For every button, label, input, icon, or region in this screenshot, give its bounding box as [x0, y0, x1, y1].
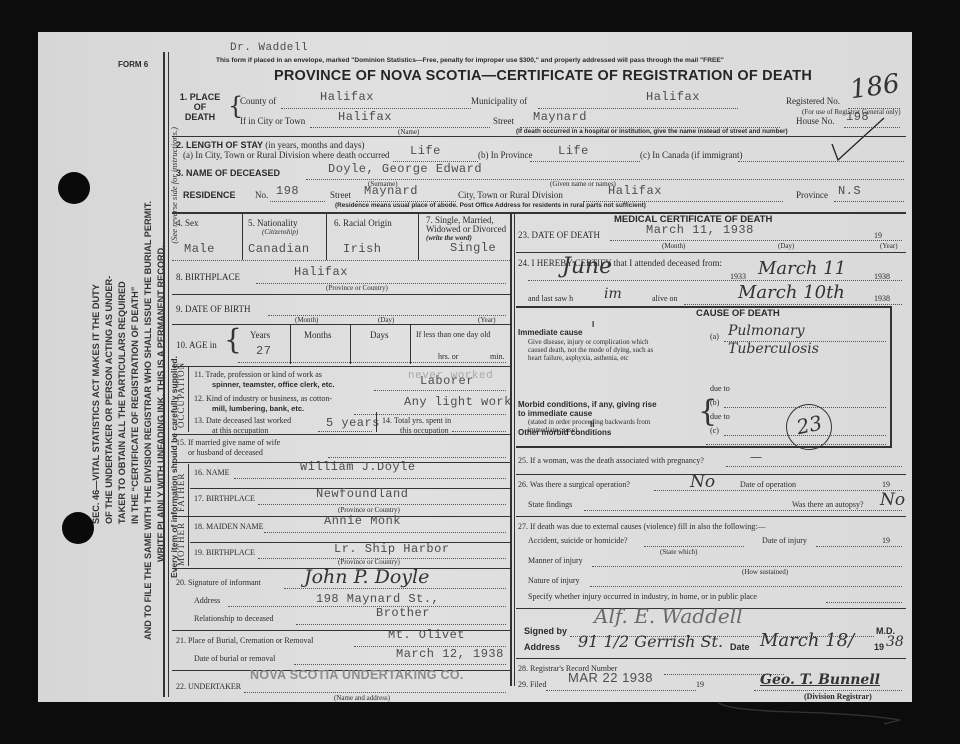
side-instruction-line: TAKER TO OBTAIN ALL THE PARTICULARS REQU… [116, 50, 129, 650]
burial-place: Mt. Olivet [388, 628, 465, 642]
stay-b-value: Life [558, 144, 589, 158]
residence-no-label: No. [255, 190, 268, 200]
specify-label: Specify whether injury occurred in indus… [528, 592, 757, 601]
q25-line [726, 466, 902, 467]
stay-b-label: (b) In Province [478, 150, 532, 160]
stay-a-label: (a) In City, Town or Rural Division wher… [183, 150, 390, 160]
cause-a-value: Pulmonary Tuberculosis [728, 322, 878, 358]
residence-label: RESIDENCE [183, 190, 236, 200]
birthplace-value: Halifax [294, 265, 348, 279]
q15-label-2: or husband of deceased [176, 448, 280, 458]
physician-address: 91 1/2 Gerrish St. [578, 632, 723, 651]
q26-year-prefix: 19 [882, 480, 890, 489]
column-divider [510, 214, 512, 686]
q15-label: 15. If married give name of wife or husb… [176, 438, 280, 458]
side-instruction-line: AND TO FILE THE SAME WITH THE DIVISION R… [142, 50, 155, 650]
attended-line [528, 280, 902, 281]
registered-no-value: 186 [848, 69, 901, 106]
city-label: If in City or Town [240, 116, 305, 126]
manner-sub: (How sustained) [742, 568, 788, 576]
age-years-label: Years [250, 330, 270, 340]
municipality-label: Municipality of [471, 96, 527, 106]
injury-date-label: Date of injury [762, 536, 807, 545]
divider [172, 434, 510, 435]
accident-label: Accident, suicide or homicide? [528, 536, 628, 545]
due-to-1: due to [710, 384, 730, 393]
box-divider [350, 324, 351, 364]
residence-no-line [270, 201, 325, 202]
nationality-sub: (Citizenship) [262, 228, 298, 236]
q22-label: 22. UNDERTAKER [176, 682, 241, 691]
q25-value: — [750, 450, 762, 464]
box-divider [410, 324, 411, 364]
q13-label: 13. Date deceased last worked at this oc… [194, 416, 291, 436]
marital-label-2: Widowed or Divorced [426, 225, 506, 234]
mother-maiden-name: Annie Monk [324, 514, 401, 528]
q11-label: 11. Trade, profession or kind of work as… [194, 370, 335, 390]
city-sub: (Name) [398, 128, 419, 136]
side-instruction-line: OF THE UNDERTAKER OR PERSON ACTING AS UN… [103, 50, 116, 650]
alive-on-label: alive on [652, 294, 678, 303]
registrar-flourish [714, 696, 904, 726]
attended-to: March 11 [758, 258, 846, 279]
q26-date-label: Date of operation [740, 480, 796, 489]
injury-year-prefix: 19 [882, 536, 890, 545]
cause-heading: CAUSE OF DEATH [696, 308, 780, 319]
q18-label: 18. MAIDEN NAME [194, 522, 264, 531]
side-instruction-line: WRITE PLAINLY WITH UNFADING INK. THIS IS… [155, 50, 168, 650]
informant-relationship: Brother [376, 606, 430, 620]
morbid-label: Morbid conditions, if any, giving rise t… [518, 400, 658, 418]
q23-year-prefix: 19 [874, 231, 882, 240]
box-divider [418, 212, 419, 260]
attended-to-year: 1938 [874, 272, 890, 281]
dob-day-sub: (Day) [378, 316, 394, 324]
deceased-label: 3. NAME OF DECEASED [176, 168, 280, 178]
q11-label-1: 11. Trade, profession or kind of work as [194, 370, 335, 380]
marital-label: 7. Single, Married, Widowed or Divorced … [426, 216, 506, 243]
stay-c-label: (c) In Canada (if immigrant) [640, 150, 742, 160]
attended-from: June [562, 254, 612, 279]
place-of-death-label: 1. PLACE OF DEATH [176, 92, 224, 122]
q14-label-1: 14. Total yrs. spent in [382, 416, 451, 426]
box-divider [242, 212, 243, 260]
divider [516, 658, 906, 659]
informant-address: 198 Maynard St., [316, 592, 439, 606]
findings-line [584, 510, 902, 511]
specify-line [826, 602, 902, 603]
q20-label: 20. Signature of informant [176, 578, 261, 587]
q12-label-2: mill, lumbering, bank, etc. [194, 404, 332, 414]
other-morbid-line [706, 444, 886, 445]
dob-month-sub: (Month) [295, 316, 318, 324]
racial-origin-value: Irish [343, 242, 382, 256]
section-divider [172, 212, 906, 214]
given-sub: (Given name or names) [550, 180, 616, 188]
q14-label: 14. Total yrs. spent in this occupation [382, 416, 451, 436]
place-label-2: OF [176, 102, 224, 112]
county-line [281, 108, 471, 109]
nationality-value: Canadian [248, 242, 310, 256]
dob-label: 9. DATE OF BIRTH [176, 304, 250, 314]
q19-label: 19. BIRTHPLACE [194, 548, 255, 557]
q11-value: Laborer [420, 374, 474, 388]
deceased-name: Doyle, George Edward [328, 162, 482, 176]
registrar-signature: Geo. T. Bunnell [760, 672, 880, 688]
city-value: Halifax [338, 110, 392, 124]
age-years-value: 27 [256, 344, 271, 358]
other-morbid-label: Other morbid conditions [518, 428, 611, 437]
q12-label-1: 12. Kind of industry or business, as cot… [194, 394, 332, 404]
q26-value: No [690, 472, 715, 492]
q26-label: 26. Was there a surgical operation? [518, 480, 630, 489]
residence-no: 198 [276, 184, 299, 198]
last-saw-pronoun: im [604, 286, 622, 302]
q17-sub: (Province or Country) [338, 506, 400, 514]
box-divider [290, 324, 291, 364]
divider [172, 260, 510, 261]
occupation-bracket [188, 366, 189, 432]
racial-origin-label: 6. Racial Origin [334, 218, 392, 228]
hospital-note: (If death occurred in a hospital or inst… [516, 128, 788, 135]
father-side-label: FATHER [176, 473, 186, 512]
burial-date-label: Date of burial or removal [194, 654, 275, 663]
age-line [238, 362, 506, 363]
box-divider [376, 412, 377, 432]
mail-notice: This form if placed in an envelope, mark… [216, 57, 724, 64]
q23-year-sub: (Year) [880, 242, 898, 250]
accident-line [644, 546, 744, 547]
cause-box-right [890, 306, 892, 448]
residence-city-label: City, Town or Rural Division [458, 190, 563, 200]
findings-label: State findings [528, 500, 572, 509]
cause-box-bottom [516, 446, 892, 448]
burial-date-line [294, 664, 506, 665]
relationship-line [296, 624, 506, 625]
q23-line [610, 240, 902, 241]
q25-label: 25. If a woman, was the death associated… [518, 456, 704, 465]
punch-hole-top [58, 172, 90, 204]
q20-line [284, 588, 506, 589]
q15-line [328, 457, 506, 458]
roman-1: I [592, 320, 594, 329]
q11-label-2: spinner, teamster, office clerk, etc. [194, 380, 335, 390]
address-line [228, 606, 506, 607]
q23-day-sub: (Day) [778, 242, 794, 250]
circled-code-value: 23 [794, 411, 824, 440]
municipality-value: Halifax [646, 90, 700, 104]
box-divider [326, 212, 327, 260]
q14-line [452, 431, 506, 432]
street-value: Maynard [533, 110, 587, 124]
place-label-1: 1. PLACE [176, 92, 224, 102]
q29-line [546, 690, 696, 691]
age-months-label: Months [304, 330, 332, 340]
q12-label: 12. Kind of industry or business, as cot… [194, 394, 332, 414]
cause-b-label: (b) [710, 398, 719, 407]
relationship-label: Relationship to deceased [194, 614, 274, 623]
q15-label-1: 15. If married give name of wife [176, 438, 280, 448]
residence-province: N.S [838, 184, 861, 198]
physician-address-label: Address [524, 642, 560, 652]
length-of-stay-sub: (in years, months and days) [265, 140, 364, 150]
street-label: Street [493, 116, 514, 126]
address-label: Address [194, 596, 220, 605]
father-name: William J.Doyle [300, 460, 416, 474]
cause-a-label: (a) [710, 332, 719, 341]
age-lt-day-label: If less than one day old [416, 330, 490, 339]
age-label: 10. AGE in [176, 340, 217, 350]
date-of-death: March 11, 1938 [646, 223, 754, 237]
mother-side-label: MOTHER [176, 522, 186, 566]
age-days-label: Days [370, 330, 389, 340]
age-hrs-label: hrs. or [438, 352, 458, 361]
autopsy-value: No [880, 490, 905, 510]
check-mark-icon [828, 114, 888, 164]
divider [172, 136, 906, 137]
attended-from-year: 1933 [730, 272, 746, 281]
physician-date-label: Date [730, 642, 750, 652]
q27-label: 27. If death was due to external causes … [518, 522, 765, 531]
q17-label: 17. BIRTHPLACE [194, 494, 255, 503]
q18-line [264, 532, 506, 533]
side-instruction-line: SEC. 46—VITAL STATISTICS ACT MAKES IT TH… [90, 50, 103, 650]
immediate-desc: Give disease, injury or complication whi… [528, 338, 662, 362]
cause-c-label: (c) [710, 426, 719, 435]
q16-label: 16. NAME [194, 468, 230, 477]
registrar-sig-line [754, 690, 902, 691]
residence-street: Maynard [364, 184, 418, 198]
municipality-line [538, 108, 738, 109]
sex-value: Male [184, 242, 215, 256]
registered-no-label: Registered No. [786, 96, 840, 106]
q23-month-sub: (Month) [662, 242, 685, 250]
manner-label: Manner of injury [528, 556, 583, 565]
length-of-stay-heading: 2. LENGTH OF STAY [176, 140, 263, 150]
brace: { [224, 326, 242, 354]
divider [516, 516, 906, 517]
residence-city: Halifax [608, 184, 662, 198]
county-value: Halifax [320, 90, 374, 104]
q17-line [258, 504, 506, 505]
manner-line [592, 566, 902, 567]
death-certificate-paper: FORM 6 SEC. 46—VITAL STATISTICS ACT MAKE… [38, 32, 912, 702]
injury-date-line [816, 546, 902, 547]
q12-value: Any light work [404, 395, 512, 409]
sex-label: 4. Sex [176, 218, 199, 228]
immediate-label: Immediate cause [518, 328, 582, 337]
q13-line [318, 431, 372, 432]
q11-line [374, 390, 506, 391]
dob-year-sub: (Year) [478, 316, 496, 324]
divider [516, 252, 906, 253]
divider [172, 324, 510, 325]
q23-label: 23. DATE OF DEATH [518, 230, 600, 240]
marital-value: Single [450, 241, 496, 255]
q13-value: 5 years [326, 416, 380, 430]
birthplace-label: 8. BIRTHPLACE [176, 272, 240, 282]
burial-date: March 12, 1938 [396, 647, 504, 661]
filed-stamp: MAR 22 1938 [568, 670, 653, 685]
q13-label-1: 13. Date deceased last worked [194, 416, 291, 426]
alive-on: March 10th [738, 282, 845, 303]
autopsy-label: Was there an autopsy? [792, 500, 864, 509]
undertaker-stamp: NOVA SCOTIA UNDERTAKING CO. [250, 668, 464, 682]
q22-line [244, 692, 506, 693]
last-saw-label: and last saw h [528, 294, 573, 303]
residence-province-line [834, 201, 904, 202]
undertaker-sub: (Name and address) [334, 694, 390, 702]
physician-date: March 18/ [760, 630, 854, 651]
mother-birthplace: Lr. Ship Harbor [334, 542, 450, 556]
physician-year-prefix: 19 [874, 642, 884, 652]
due-to-2: due to [710, 412, 730, 421]
q19-sub: (Province or Country) [338, 558, 400, 566]
occupation-side-label: OCCUPATION [176, 362, 186, 428]
birthplace-sub: (Province or Country) [326, 284, 388, 292]
nationality-label: 5. Nationality [248, 218, 298, 228]
residence-note: (Residence means usual place of abode. P… [335, 202, 646, 209]
q21-label: 21. Place of Burial, Cremation or Remova… [176, 636, 313, 645]
side-instructions: SEC. 46—VITAL STATISTICS ACT MAKES IT TH… [90, 50, 181, 650]
top-note: Dr. Waddell [230, 42, 308, 54]
q24-label: 24. I HEREBY CERTIFY that I attended dec… [518, 258, 722, 268]
stay-b-line [530, 161, 640, 162]
side-instruction-see-reverse: (See reverse side for instructions.) [169, 127, 179, 354]
divider [172, 294, 510, 295]
nature-line [590, 586, 902, 587]
alive-on-year: 1938 [874, 294, 890, 303]
page-title: PROVINCE OF NOVA SCOTIA—CERTIFICATE OF R… [274, 68, 812, 84]
stay-c-line [738, 161, 904, 162]
length-of-stay-label: 2. LENGTH OF STAY (in years, months and … [176, 140, 365, 150]
signed-by-label: Signed by [524, 626, 567, 636]
q29-label: 29. Filed [518, 680, 546, 689]
physician-year-suffix: 38 [886, 634, 904, 650]
residence-street-label: Street [330, 190, 351, 200]
physician-signature: Alf. E. Waddell [594, 604, 743, 628]
father-birthplace: Newfoundland [316, 487, 408, 501]
accident-sub: (State which) [660, 548, 698, 556]
side-instruction-line: IN THE “CERTIFICATE OF REGISTRATION OF D… [129, 50, 142, 650]
place-label-3: DEATH [176, 112, 224, 122]
nature-label: Nature of injury [528, 576, 580, 585]
stay-a-value: Life [410, 144, 441, 158]
county-label: County of [240, 96, 276, 106]
parents-bracket [188, 464, 189, 566]
q16-line [234, 478, 506, 479]
alive-on-line [684, 304, 902, 305]
filed-year-prefix: 19 [696, 680, 704, 689]
divider [172, 366, 510, 367]
informant-signature: John P. Doyle [304, 566, 429, 588]
residence-province-label: Province [796, 190, 828, 200]
age-min-label: min. [490, 352, 504, 361]
column-divider-inner [514, 214, 515, 686]
